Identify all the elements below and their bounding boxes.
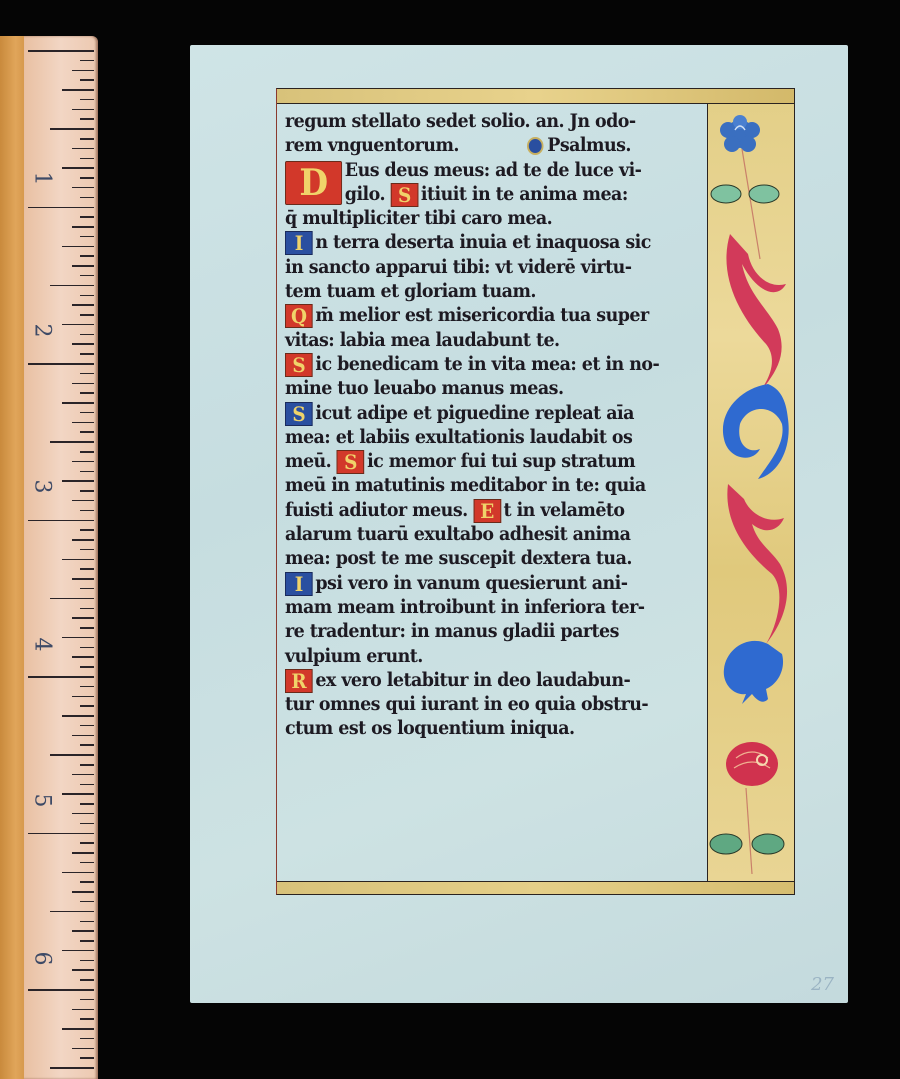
page-number: 27: [811, 974, 834, 995]
ruler-tick: [62, 89, 94, 91]
ruler-tick: [72, 852, 94, 854]
line-text: ctum est os loquentium iniqua.: [285, 717, 575, 739]
ruler-tick: [72, 656, 94, 658]
line-text: rem vnguentorum.: [285, 134, 459, 156]
ruler-tick: [72, 930, 94, 932]
line-text: re tradentur: in manus gladii partes: [285, 620, 619, 642]
ruler-tick: [80, 510, 94, 512]
ruler-tick: [80, 881, 94, 883]
ruler-tick: [72, 735, 94, 737]
line-text: itiuit in te anima mea:: [421, 183, 628, 205]
ruler-tick: [80, 314, 94, 316]
decorated-initial: S: [285, 353, 313, 377]
blue-flower-icon: [720, 115, 760, 152]
ruler-tick: [62, 402, 94, 404]
vellum-leaf: regum stellato sedet solio. an. Jn odo-r…: [190, 45, 848, 1003]
ruler-tick: [80, 490, 94, 492]
ruler-tick: [72, 187, 94, 189]
line-text: q̄ multipliciter tibi caro mea.: [285, 207, 552, 229]
ruler-tick: [80, 568, 94, 570]
ruler-tick: [80, 353, 94, 355]
ruler-tick: [80, 216, 94, 218]
ruler-tick: [80, 1018, 94, 1020]
ruler-tick: [72, 226, 94, 228]
ruler-tick: [80, 295, 94, 297]
ruler-tick: [80, 373, 94, 375]
text-line: mine tuo leuabo manus meas.: [285, 376, 662, 400]
ruler-tick: [80, 823, 94, 825]
text-line: Rex vero letabitur in deo laudabun-: [285, 668, 662, 692]
ruler-tick: [72, 109, 94, 111]
ruler-number-3: 3: [30, 472, 55, 502]
ruler-tick: [50, 754, 94, 756]
ruler-tick: [50, 441, 94, 443]
psalm-heading: Psalmus.: [547, 134, 631, 156]
ruler-number-1: 1: [30, 164, 55, 194]
ruler-tick: [80, 412, 94, 414]
text-line: vitas: labia mea laudabunt te.: [285, 328, 662, 352]
text-line: Sic benedicam te in vita mea: et in no-: [285, 352, 662, 376]
line-text: mam meam introibunt in inferiora ter-: [285, 596, 644, 618]
ruler-tick: [80, 842, 94, 844]
line-text: regum stellato sedet solio. an. Jn odo-: [285, 110, 636, 132]
ruler-tick: [80, 960, 94, 962]
line-text: in sancto apparui tibi: vt viderē virtu-: [285, 256, 631, 278]
ruler-tick: [80, 588, 94, 590]
decorated-initial: R: [285, 669, 313, 693]
ruler-tick: [80, 940, 94, 942]
line-text: mine tuo leuabo manus meas.: [285, 377, 563, 399]
text-line: meū.Sic memor fui tui sup stratum: [285, 449, 662, 473]
ruler-tick: [80, 921, 94, 923]
ruler-tick: [28, 989, 94, 991]
text-line: Qm̄ melior est misericordia tua super: [285, 303, 662, 327]
ruler-tick: [28, 50, 94, 52]
ruler-tick: [62, 950, 94, 952]
ruler-tick: [62, 324, 94, 326]
ruler-tick: [80, 1038, 94, 1040]
illuminated-side-border: [707, 104, 794, 881]
ruler-tick: [72, 813, 94, 815]
line-text: fuisti adiutor meus.: [285, 499, 468, 521]
ruler-tick: [80, 1057, 94, 1059]
line-text: psi vero in vanum quesierunt ani-: [315, 572, 627, 594]
ruler-tick: [72, 969, 94, 971]
text-line: mea: et labiis exultationis laudabit os: [285, 425, 662, 449]
ruler-tick: [80, 666, 94, 668]
ruler-tick: [50, 1067, 94, 1069]
ruler-tick: [80, 803, 94, 805]
line-text: Eus deus meus: ad te de luce vi-: [345, 159, 642, 181]
wooden-ruler: 1 2 3 4 5 6: [0, 36, 100, 1079]
ruler-tick: [28, 363, 94, 365]
ruler-tick: [72, 1009, 94, 1011]
ruler-tick: [72, 617, 94, 619]
ruler-tick: [80, 99, 94, 101]
ruler-tick: [62, 715, 94, 717]
ruler-tick: [80, 255, 94, 257]
text-line: In terra deserta inuia et inaquosa sic: [285, 230, 662, 254]
ruler-tick: [72, 696, 94, 698]
ruler-tick: [28, 676, 94, 678]
ruler-tick: [72, 578, 94, 580]
ruler-tick: [72, 148, 94, 150]
red-rose-icon: [726, 742, 778, 786]
decorated-initial: S: [337, 450, 365, 474]
ruler-tick: [72, 1048, 94, 1050]
ruler-tick: [80, 236, 94, 238]
text-line: rem vnguentorum.Psalmus.: [285, 133, 662, 157]
ruler-tick: [80, 431, 94, 433]
ruler-tick: [80, 118, 94, 120]
text-line: mam meam introibunt in inferiora ter-: [285, 595, 662, 619]
ruler-tick: [80, 901, 94, 903]
paragraph-mark-icon: [527, 137, 544, 155]
text-line: q̄ multipliciter tibi caro mea.: [285, 206, 662, 230]
line-text: tur omnes qui iurant in eo quia obstru-: [285, 693, 648, 715]
ruler-tick: [72, 539, 94, 541]
text-line: Ipsi vero in vanum quesierunt ani-: [285, 571, 662, 595]
line-text: meū in matutinis meditabor in te: quia: [285, 474, 646, 496]
line-text: ic benedicam te in vita mea: et in no-: [315, 353, 659, 375]
ruler-tick: [62, 872, 94, 874]
text-line: re tradentur: in manus gladii partes: [285, 619, 662, 643]
ruler-tick: [80, 627, 94, 629]
ruler-tick: [62, 793, 94, 795]
text-line: gilo.Sitiuit in te anima mea:: [285, 182, 662, 206]
ruler-tick: [72, 422, 94, 424]
text-line: tem tuam et gloriam tuam.: [285, 279, 662, 303]
line-text: tem tuam et gloriam tuam.: [285, 280, 536, 302]
ruler-tick: [80, 549, 94, 551]
ruler-tick: [62, 167, 94, 169]
floral-border-ornament-icon: [708, 104, 794, 881]
ruler-tick: [80, 764, 94, 766]
line-text: icut adipe et piguedine repleat aīa: [315, 402, 634, 424]
text-line: alarum tuarū exultabo adhesit anima: [285, 522, 662, 546]
ruler-tick: [50, 285, 94, 287]
ruler-tick: [72, 774, 94, 776]
line-text: ic memor fui tui sup stratum: [367, 450, 635, 472]
ruler-tick: [50, 128, 94, 130]
text-line: in sancto apparui tibi: vt viderē virtu-: [285, 255, 662, 279]
ruler-tick: [80, 705, 94, 707]
ruler-tick: [80, 999, 94, 1001]
text-line: meū in matutinis meditabor in te: quia: [285, 473, 662, 497]
ruler-edge: [0, 36, 26, 1079]
ruler-tick: [62, 246, 94, 248]
line-text: vulpium erunt.: [285, 645, 423, 667]
line-text: vitas: labia mea laudabunt te.: [285, 329, 560, 351]
ruler-number-6: 6: [30, 944, 55, 974]
ruler-tick: [62, 559, 94, 561]
ruler-tick: [80, 275, 94, 277]
ruler-tick: [72, 891, 94, 893]
decorated-initial: I: [285, 572, 313, 596]
line-text: t in velamēto: [504, 499, 625, 521]
text-block: regum stellato sedet solio. an. Jn odo-r…: [285, 109, 695, 741]
ruler-tick: [72, 461, 94, 463]
ruler-tick: [72, 265, 94, 267]
text-line: tur omnes qui iurant in eo quia obstru-: [285, 692, 662, 716]
ruler-tick: [72, 304, 94, 306]
line-text: alarum tuarū exultabo adhesit anima: [285, 523, 630, 545]
ruler-number-5: 5: [30, 786, 55, 816]
ruler-tick: [72, 343, 94, 345]
ruler-tick: [80, 451, 94, 453]
ruler-tick: [80, 647, 94, 649]
ruler-tick: [80, 471, 94, 473]
ruler-tick: [80, 60, 94, 62]
ruler-tick: [28, 520, 94, 522]
ruler-tick: [80, 334, 94, 336]
ruler-tick: [80, 744, 94, 746]
ruler-tick: [28, 833, 94, 835]
text-line: DEus deus meus: ad te de luce vi-: [285, 158, 662, 182]
ruler-tick: [28, 207, 94, 209]
text-line: Sicut adipe et piguedine repleat aīa: [285, 401, 662, 425]
ruler-tick: [62, 480, 94, 482]
ruler-tick: [80, 784, 94, 786]
ruler-tick: [80, 138, 94, 140]
decorated-initial: S: [285, 402, 313, 426]
decorated-initial: I: [285, 231, 313, 255]
line-text: meū.: [285, 450, 331, 472]
ruler-tick: [80, 725, 94, 727]
text-line: ctum est os loquentium iniqua.: [285, 716, 662, 740]
text-line: regum stellato sedet solio. an. Jn odo-: [285, 109, 662, 133]
decorated-initial: E: [473, 499, 501, 523]
gold-bottom-border: [277, 881, 794, 894]
line-text: n terra deserta inuia et inaquosa sic: [315, 231, 650, 253]
line-text: mea: et labiis exultationis laudabit os: [285, 426, 632, 448]
ruler-tick: [62, 1028, 94, 1030]
decorated-initial: S: [391, 183, 419, 207]
line-text: gilo.: [345, 183, 385, 205]
ruler-number-4: 4: [30, 630, 55, 660]
ruler-tick: [72, 70, 94, 72]
ruler-tick: [80, 529, 94, 531]
line-text: m̄ melior est misericordia tua super: [315, 304, 648, 326]
text-line: fuisti adiutor meus.Et in velamēto: [285, 498, 662, 522]
ruler-tick: [80, 686, 94, 688]
ruler-tick: [80, 197, 94, 199]
text-line: vulpium erunt.: [285, 644, 662, 668]
ruler-tick: [80, 177, 94, 179]
ruler-tick: [62, 637, 94, 639]
ruler-tick: [80, 608, 94, 610]
ruler-tick: [80, 79, 94, 81]
ruler-tick: [72, 383, 94, 385]
ruler-tick: [80, 158, 94, 160]
ruler-tick: [72, 500, 94, 502]
ruler-tick: [80, 862, 94, 864]
decorated-initial: Q: [285, 304, 313, 328]
line-text: mea: post te me suscepit dextera tua.: [285, 547, 632, 569]
ruler-tick: [50, 911, 94, 913]
line-text: ex vero letabitur in deo laudabun-: [315, 669, 630, 691]
gold-top-border: [277, 89, 794, 104]
ruler-tick: [80, 979, 94, 981]
ruler-tick: [80, 392, 94, 394]
ruler-number-2: 2: [30, 316, 55, 346]
text-line: mea: post te me suscepit dextera tua.: [285, 546, 662, 570]
ruler-tick: [50, 598, 94, 600]
text-frame: regum stellato sedet solio. an. Jn odo-r…: [276, 88, 795, 895]
